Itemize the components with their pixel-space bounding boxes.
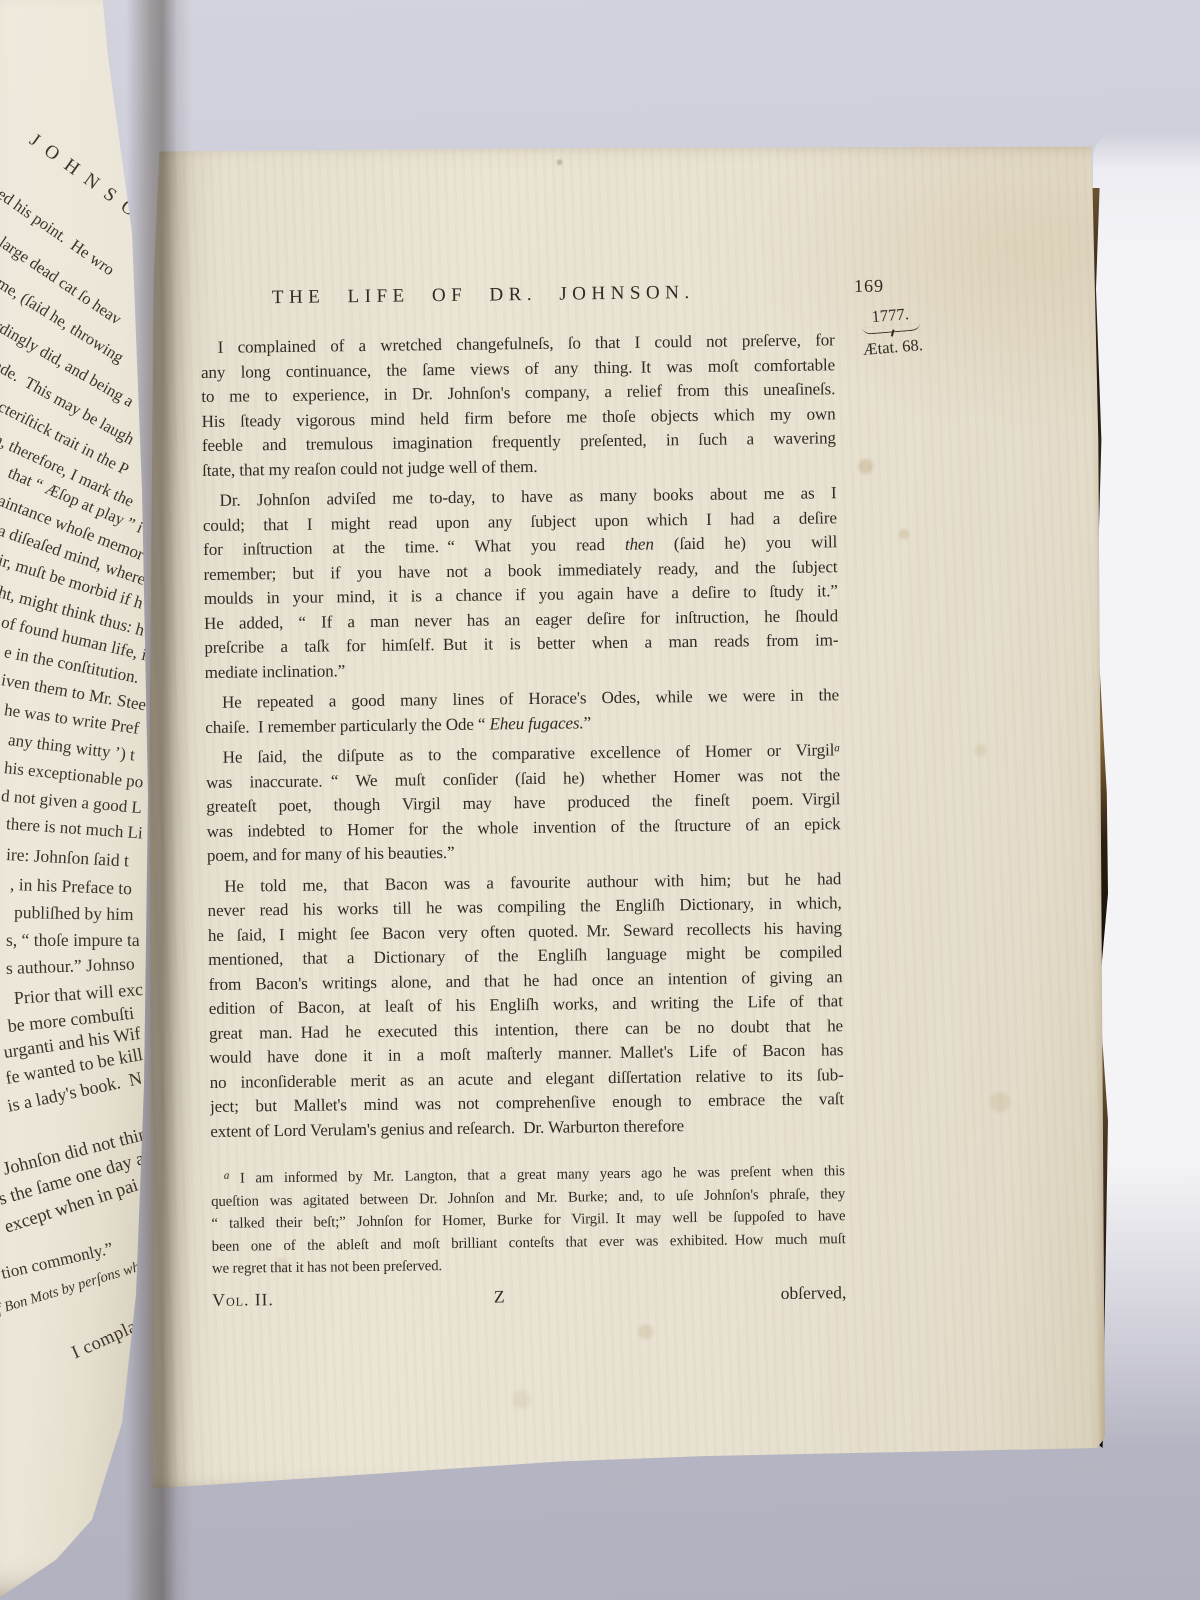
body-text: I complained of a wretched changefulneſs… bbox=[201, 328, 845, 1144]
running-head: THE LIFE OF DR. JOHNSON. 169 bbox=[200, 280, 834, 314]
page-header-title: THE LIFE OF DR. JOHNSON. bbox=[272, 282, 695, 309]
book-photo: THE LIFE OF DR. JOHNSON. 169 1777. Ætat.… bbox=[0, 0, 1200, 1600]
right-page: THE LIFE OF DR. JOHNSON. 169 1777. Ætat.… bbox=[148, 142, 1105, 1494]
text-fragment: s, “ thoſe impure ta bbox=[6, 930, 140, 951]
catchword: obſerved, bbox=[781, 1282, 847, 1304]
text-fragment: there is not much Li bbox=[5, 814, 143, 844]
footnote: a I am informed by Mr. Langton, that a g… bbox=[211, 1160, 846, 1280]
signature-mark: Z bbox=[494, 1286, 505, 1307]
page-footer: Vol. II. Z obſerved, bbox=[212, 1282, 846, 1311]
margin-date-note: 1777. Ætat. 68. bbox=[844, 302, 940, 361]
page-number: 169 bbox=[854, 276, 884, 297]
footer-volume: Vol. II. bbox=[212, 1289, 274, 1311]
text-fragment: ire: Johnſon ſaid t bbox=[6, 844, 130, 871]
text-fragment: d not given a good L bbox=[0, 786, 142, 818]
backing-sheet bbox=[1093, 132, 1200, 1452]
text-fragment: , in his Preface to bbox=[10, 874, 133, 899]
aetat-note: Ætat. 68. bbox=[846, 334, 939, 361]
text-fragment: s authour.” Johnso bbox=[6, 954, 135, 979]
text-fragment: publiſhed by him bbox=[14, 902, 134, 925]
printed-content: THE LIFE OF DR. JOHNSON. 169 1777. Ætat.… bbox=[200, 280, 846, 1310]
